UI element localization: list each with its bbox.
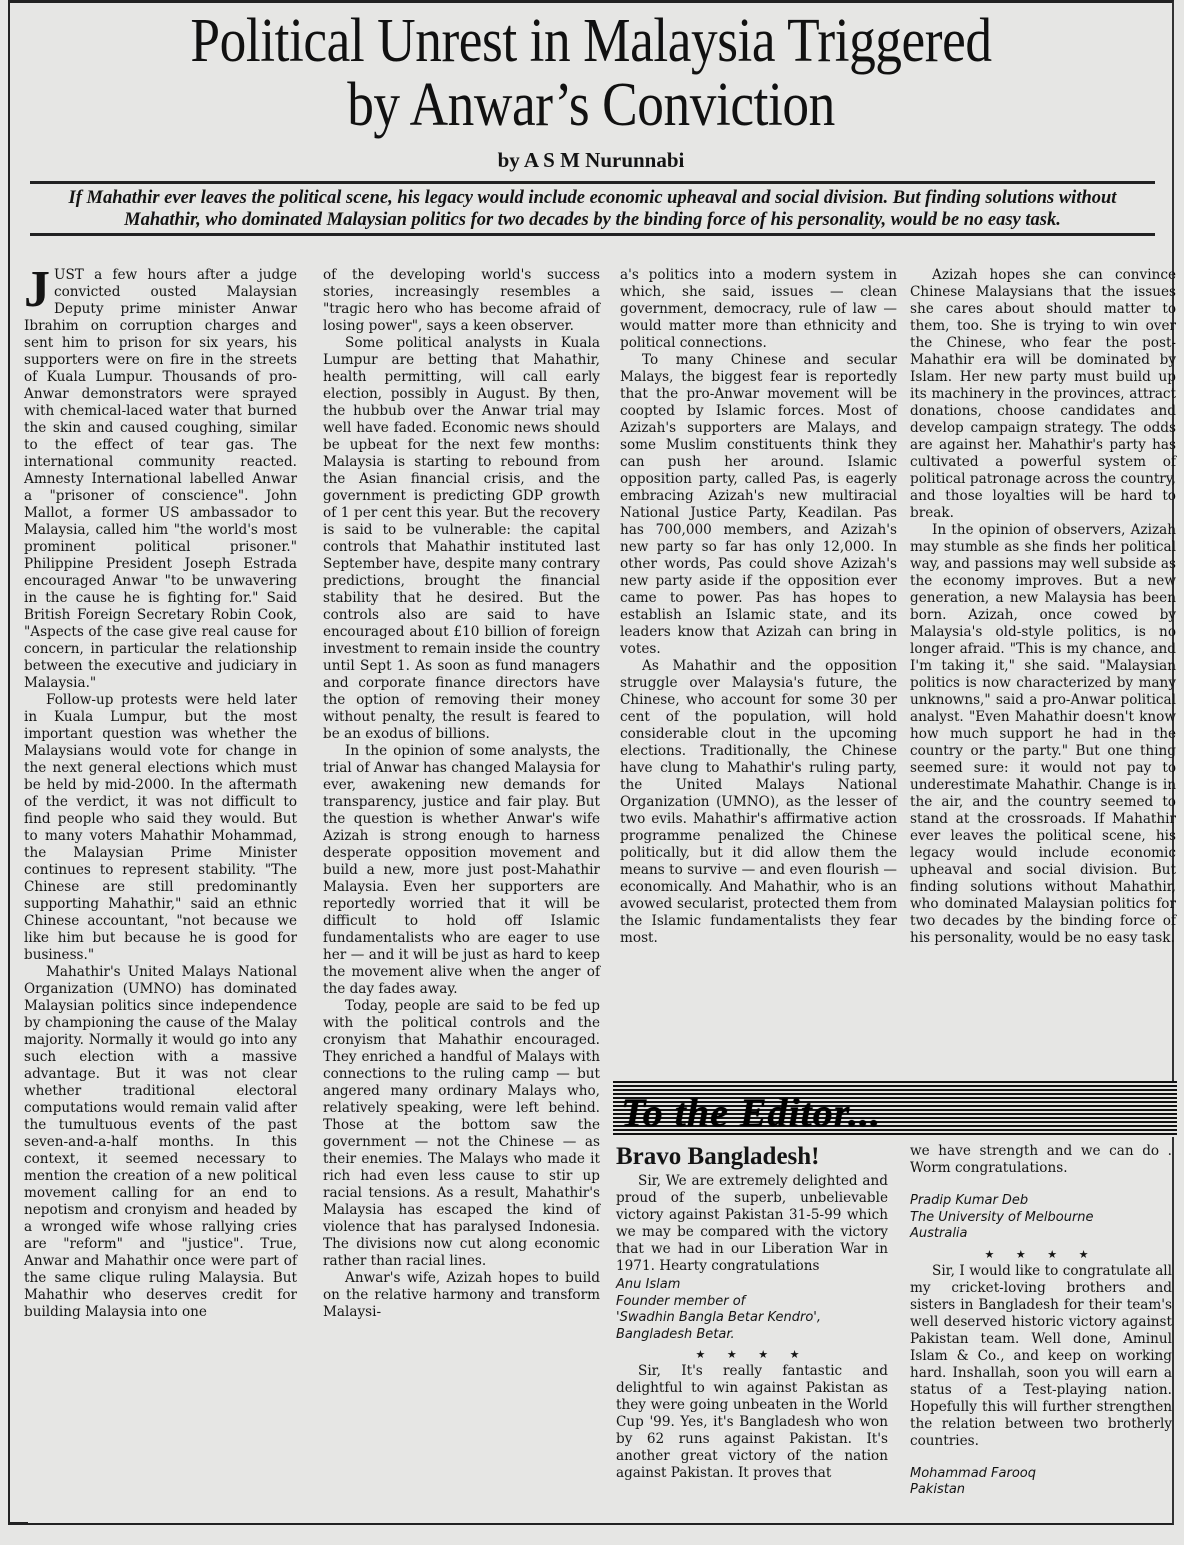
corner-rule	[10, 1522, 28, 1525]
article-paragraph: a's politics into a modern system in whi…	[620, 267, 897, 352]
letter-body: Sir, It's really fantastic and delightfu…	[616, 1363, 888, 1482]
letters-column-left: Bravo Bangladesh! Sir, We are extremely …	[616, 1143, 888, 1482]
headline: Political Unrest in Malaysia Triggered b…	[91, 9, 1090, 137]
article-paragraph: Anwar's wife, Azizah hopes to build on t…	[323, 1270, 600, 1321]
star-separator: ★ ★ ★ ★	[616, 1346, 888, 1363]
article-paragraph: Some political analysts in Kuala Lumpur …	[323, 335, 600, 743]
newspaper-page: Political Unrest in Malaysia Triggered b…	[8, 0, 1174, 1525]
article-paragraph: of the developing world's success storie…	[323, 267, 600, 335]
letter-signature: Anu Islam Founder member of 'Swadhin Ban…	[616, 1277, 888, 1343]
letter-body: Sir, We are extremely delighted and prou…	[616, 1173, 888, 1275]
article-paragraph: To many Chinese and secular Malays, the …	[620, 352, 897, 658]
article-column-2: of the developing world's success storie…	[323, 267, 600, 1321]
article-paragraph: As Mahathir and the opposition struggle …	[620, 658, 897, 947]
article-column-1: JUST a few hours after a judge convicted…	[24, 267, 297, 1321]
article-paragraph: Azizah hopes she can convince Chinese Ma…	[910, 267, 1176, 522]
star-separator: ★ ★ ★ ★	[910, 1246, 1172, 1263]
letter-signature: Mohammad Farooq Pakistan	[910, 1466, 1172, 1499]
article-paragraph: Mahathir's United Malays National Organi…	[24, 964, 297, 1321]
article-column-3: a's politics into a modern system in whi…	[620, 267, 897, 947]
headline-line-2: by Anwar’s Conviction	[347, 71, 835, 139]
article-column-4: Azizah hopes she can convince Chinese Ma…	[910, 267, 1176, 947]
article-paragraph: In the opinion of some analysts, the tri…	[323, 743, 600, 998]
article-paragraph: Follow-up protests were held later in Ku…	[24, 692, 297, 964]
standfirst: If Mahathir ever leaves the political sc…	[30, 181, 1155, 236]
drop-cap: J	[24, 269, 50, 311]
letter-body: Sir, I would like to congratulate all my…	[910, 1263, 1172, 1450]
article-paragraph: In the opinion of observers, Azizah may …	[910, 522, 1176, 947]
letter-body-continued: we have strength and we can do . Worm co…	[910, 1143, 1172, 1177]
byline: by A S M Nurunnabi	[10, 148, 1172, 173]
article-paragraph: Today, people are said to be fed up with…	[323, 998, 600, 1270]
letters-title: Bravo Bangladesh!	[616, 1143, 888, 1171]
headline-line-1: Political Unrest in Malaysia Triggered	[190, 7, 991, 75]
letter-signature: Pradip Kumar Deb The University of Melbo…	[910, 1193, 1172, 1243]
letters-column-right: we have strength and we can do . Worm co…	[910, 1143, 1172, 1499]
to-the-editor-banner: To the Editor...	[613, 1081, 1177, 1137]
banner-title: To the Editor...	[621, 1089, 881, 1136]
article-paragraph: JUST a few hours after a judge convicted…	[24, 267, 297, 692]
